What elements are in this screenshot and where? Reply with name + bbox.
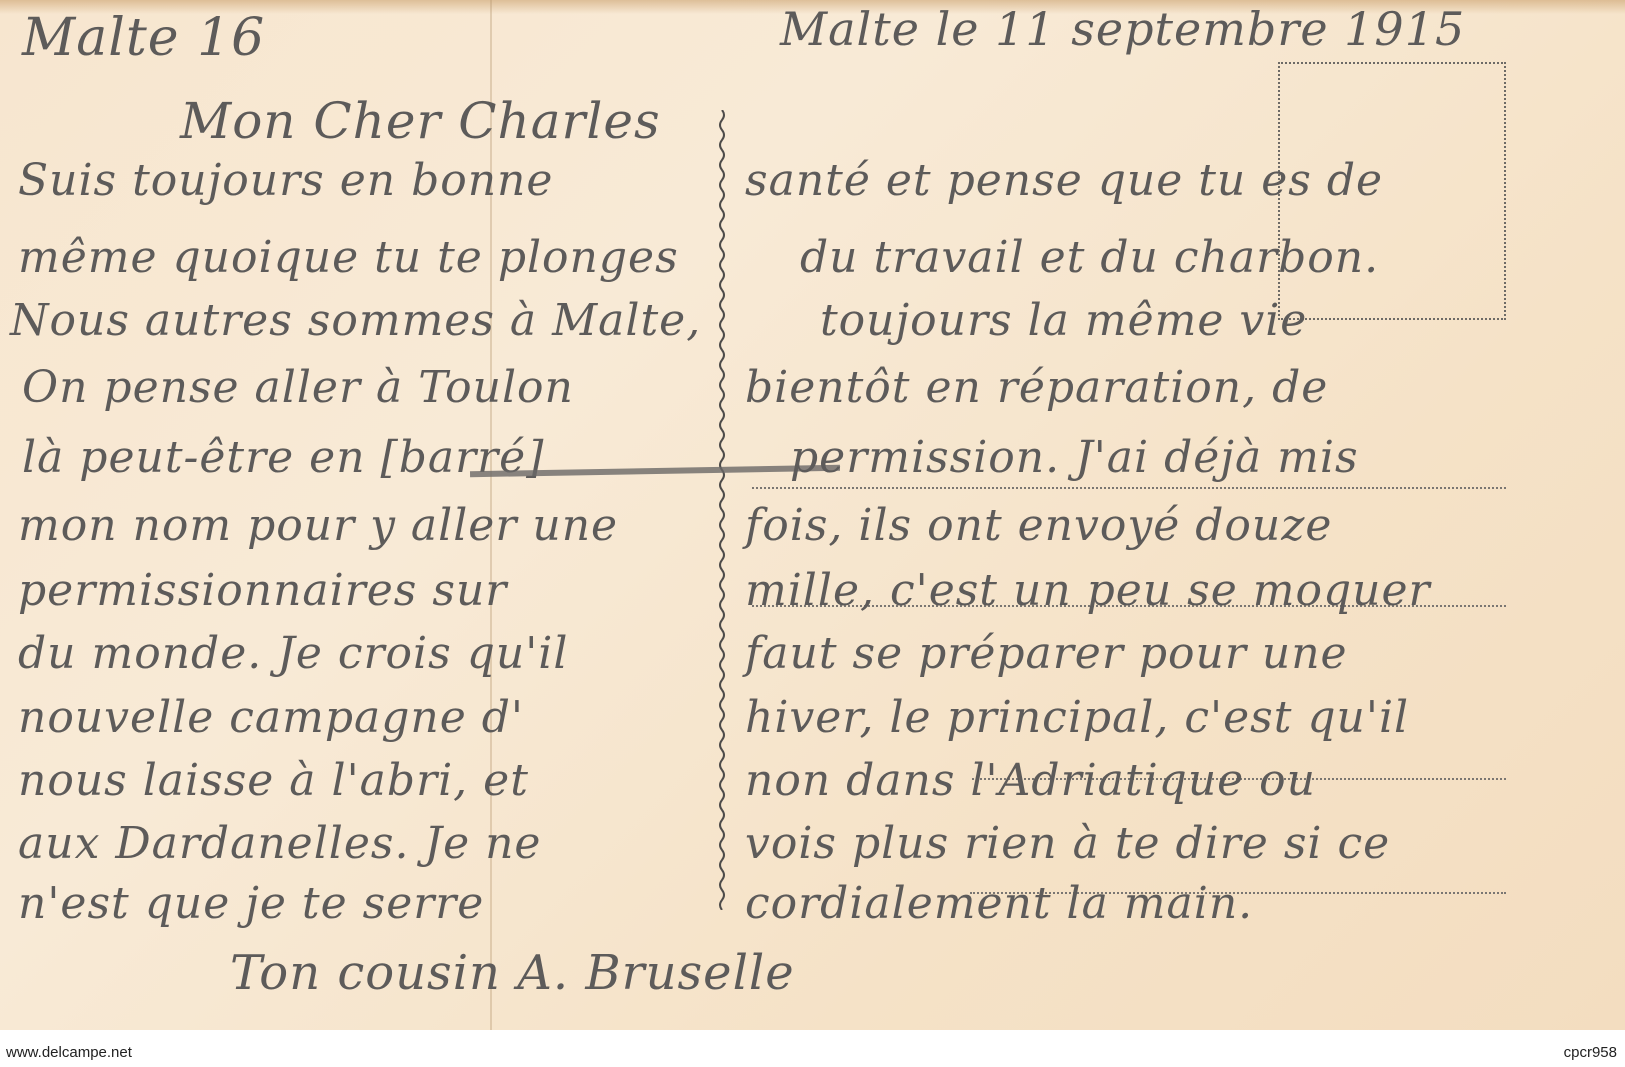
letter-line-left: nous laisse à l'abri, et xyxy=(18,755,529,806)
salutation: Mon Cher Charles xyxy=(180,92,661,150)
letter-line-right: du travail et du charbon. xyxy=(800,232,1379,283)
source-watermark: www.delcampe.net xyxy=(6,1044,132,1061)
letter-line-left: mon nom pour y aller une xyxy=(18,500,618,551)
letter-line-left: n'est que je te serre xyxy=(18,878,484,929)
letter-line-right: non dans l'Adriatique ou xyxy=(745,755,1316,806)
letter-line-right: hiver, le principal, c'est qu'il xyxy=(745,692,1409,743)
letter-line-right: vois plus rien à te dire si ce xyxy=(745,818,1390,869)
letter-line-left: aux Dardanelles. Je ne xyxy=(18,818,541,869)
letter-line-right: santé et pense que tu es de xyxy=(745,155,1383,206)
corner-note: Malte 16 xyxy=(22,8,265,68)
wavy-divider-line xyxy=(712,110,732,910)
letter-line-right: fois, ils ont envoyé douze xyxy=(745,500,1332,551)
address-line xyxy=(752,487,1506,489)
letter-line-left: On pense aller à Toulon xyxy=(22,362,574,413)
letter-line-right: bientôt en réparation, de xyxy=(745,362,1328,413)
reference-code: cpcr958 xyxy=(1564,1044,1617,1061)
letter-line-left: Nous autres sommes à Malte, xyxy=(10,295,701,346)
letter-line-left: Suis toujours en bonne xyxy=(18,155,553,206)
letter-line-right: cordialement la main. xyxy=(745,878,1253,929)
letter-line-left: du monde. Je crois qu'il xyxy=(18,628,568,679)
postcard-back: Malte 16 Malte le 11 septembre 1915 Mon … xyxy=(0,0,1625,1030)
letter-line-right: toujours la même vie xyxy=(820,295,1307,346)
letter-line-left: permissionnaires sur xyxy=(18,565,507,616)
letter-line-right: faut se préparer pour une xyxy=(745,628,1348,679)
letter-line-left: même quoique tu te plonges xyxy=(18,232,679,283)
signature-closing: Ton cousin A. Bruselle xyxy=(230,945,795,1001)
letter-line-left: là peut-être en [barré] xyxy=(22,432,544,483)
letter-line-left: nouvelle campagne d' xyxy=(18,692,524,743)
dateline: Malte le 11 septembre 1915 xyxy=(780,2,1465,56)
letter-line-right: permission. J'ai déjà mis xyxy=(790,432,1359,483)
letter-line-right: mille, c'est un peu se moquer xyxy=(745,565,1431,616)
